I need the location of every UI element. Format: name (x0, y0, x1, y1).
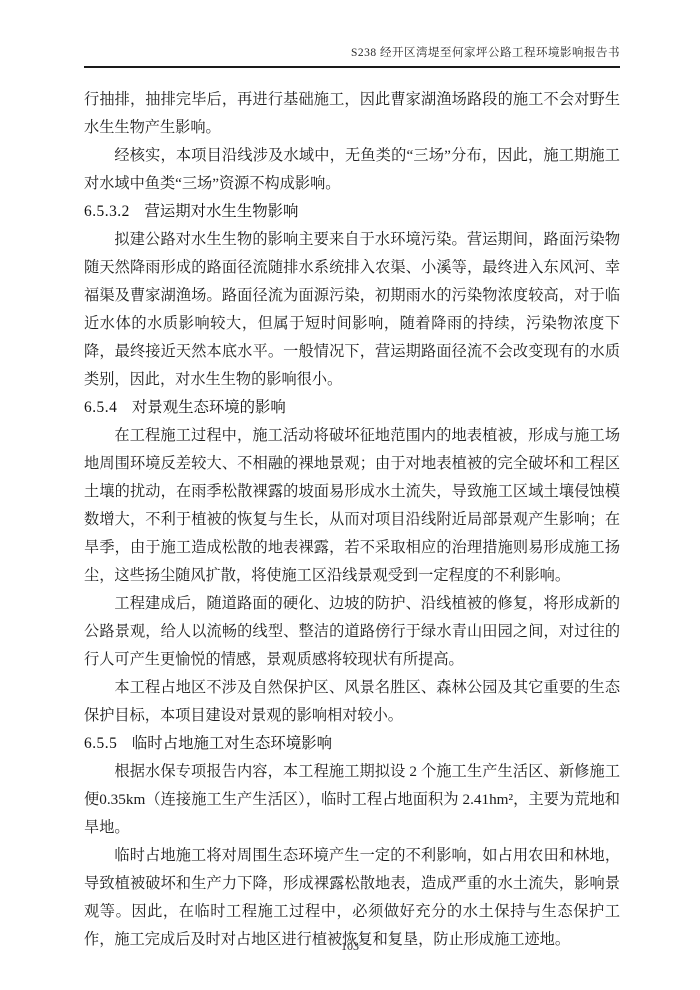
section-heading: 6.5.5临时占地施工对生态环境影响 (84, 730, 620, 758)
paragraph: 行抽排，抽排完毕后，再进行基础施工，因此曹家湖渔场路段的施工不会对野生水生生物产… (84, 86, 620, 142)
section-title: 对景观生态环境的影响 (132, 399, 286, 416)
paragraph: 在工程施工过程中，施工活动将破坏征地范围内的地表植被，形成与施工场地周围环境反差… (84, 422, 620, 590)
section-number: 6.5.4 (84, 399, 117, 416)
section-heading: 6.5.3.2营运期对水生生物影响 (84, 198, 620, 226)
page-header: S238 经开区湾堤至何家坪公路工程环境影响报告书 (84, 44, 620, 68)
paragraph: 经核实，本项目沿线涉及水域中，无鱼类的“三场”分布，因此，施工期施工对水域中鱼类… (84, 142, 620, 198)
section-number: 6.5.5 (84, 735, 117, 752)
page-number: 103 (341, 939, 359, 953)
paragraph: 本工程占地区不涉及自然保护区、风景名胜区、森林公园及其它重要的生态保护目标，本项… (84, 674, 620, 730)
section-title: 临时占地施工对生态环境影响 (132, 735, 332, 752)
page-footer: 103 (0, 939, 700, 954)
section-number: 6.5.3.2 (84, 203, 130, 220)
paragraph: 拟建公路对水生生物的影响主要来自于水环境污染。营运期间，路面污染物随天然降雨形成… (84, 226, 620, 394)
report-title: S238 经开区湾堤至何家坪公路工程环境影响报告书 (351, 47, 620, 59)
document-body: 行抽排，抽排完毕后，再进行基础施工，因此曹家湖渔场路段的施工不会对野生水生生物产… (84, 86, 620, 954)
section-heading: 6.5.4对景观生态环境的影响 (84, 394, 620, 422)
paragraph: 临时占地施工将对周围生态环境产生一定的不利影响，如占用农田和林地，导致植被破坏和… (84, 842, 620, 954)
document-page: S238 经开区湾堤至何家坪公路工程环境影响报告书 行抽排，抽排完毕后，再进行基… (0, 0, 700, 990)
section-title: 营运期对水生生物影响 (144, 203, 298, 220)
paragraph: 工程建成后，随道路面的硬化、边坡的防护、沿线植被的修复，将形成新的公路景观，给人… (84, 590, 620, 674)
paragraph: 根据水保专项报告内容，本工程施工期拟设 2 个施工生产生活区、新修施工便0.35… (84, 758, 620, 842)
